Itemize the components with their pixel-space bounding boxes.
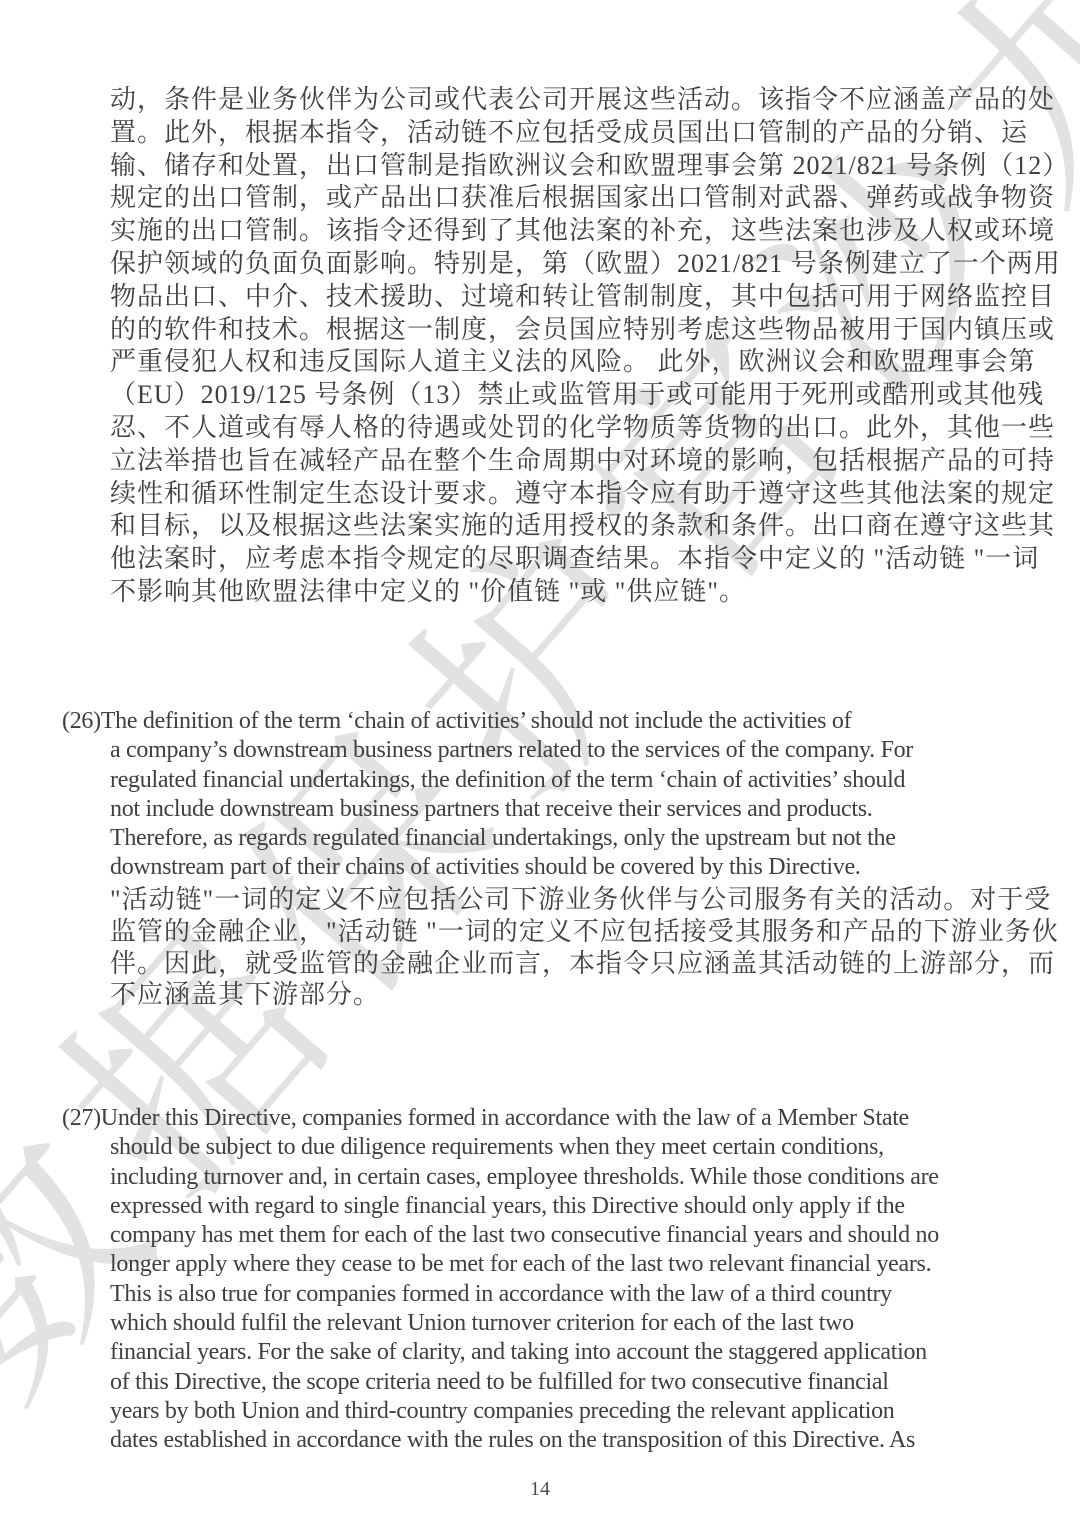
- page-number: 14: [0, 1478, 1080, 1501]
- document-page: 数据保护官沙龙 动，条件是业务伙伴为公司或代表公司开展这些活动。该指令不应涵盖产…: [0, 0, 1080, 1527]
- recital-27-english-text: (27)Under this Directive, companies form…: [62, 1104, 1080, 1456]
- paragraph-continuation-chinese: 动，条件是业务伙伴为公司或代表公司开展这些活动。该指令不应涵盖产品的处 置。此外…: [110, 84, 1050, 609]
- recital-26-chinese-text: "活动链"一词的定义不应包括公司下游业务伙伴与公司服务有关的活动。对于受 监管的…: [110, 884, 1050, 1011]
- recital-26-english-text: (26)The definition of the term ‘chain of…: [62, 707, 1080, 883]
